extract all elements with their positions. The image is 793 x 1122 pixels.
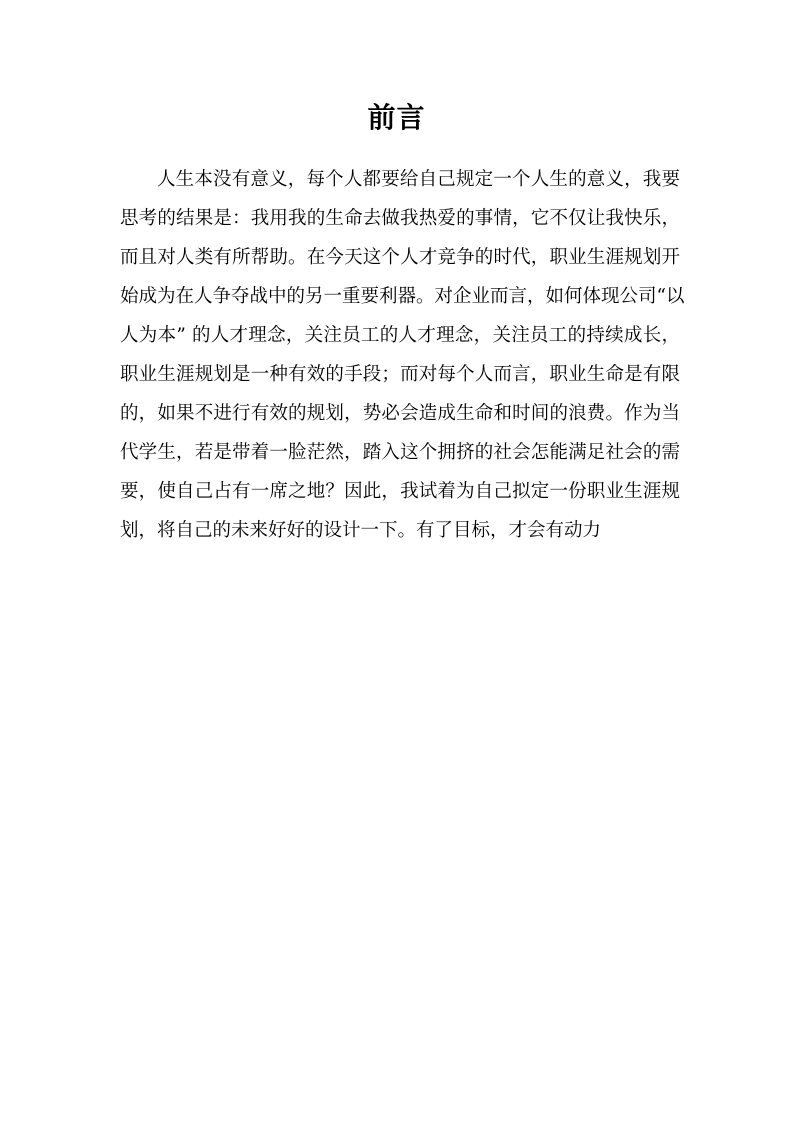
paragraph-line: 始成为在人争夺战中的另一重要利器。对企业而言，如何体现公司“以 [120,277,680,316]
preface-paragraph: 人生本没有意义，每个人都要给自己规定一个人生的意义，我要 思考的结果是：我用我的… [120,160,680,550]
paragraph-line: 人生本没有意义，每个人都要给自己规定一个人生的意义，我要 [120,160,680,199]
paragraph-line: 要，使自己占有一席之地？因此，我试着为自己拟定一份职业生涯规 [120,472,680,511]
paragraph-line: 代学生，若是带着一脸茫然，踏入这个拥挤的社会怎能满足社会的需 [120,433,680,472]
paragraph-line: 而且对人类有所帮助。在今天这个人才竞争的时代，职业生涯规划开 [120,238,680,277]
paragraph-line: 划，将自己的未来好好的设计一下。有了目标，才会有动力 [120,511,680,550]
paragraph-line: 职业生涯规划是一种有效的手段；而对每个人而言，职业生命是有限 [120,355,680,394]
page-title: 前言 [0,98,793,138]
paragraph-line: 思考的结果是：我用我的生命去做我热爱的事情，它不仅让我快乐， [120,199,680,238]
document-page: 前言 人生本没有意义，每个人都要给自己规定一个人生的意义，我要 思考的结果是：我… [0,0,793,1122]
paragraph-line: 人为本” 的人才理念，关注员工的人才理念，关注员工的持续成长， [120,316,680,355]
paragraph-line: 的，如果不进行有效的规划，势必会造成生命和时间的浪费。作为当 [120,394,680,433]
